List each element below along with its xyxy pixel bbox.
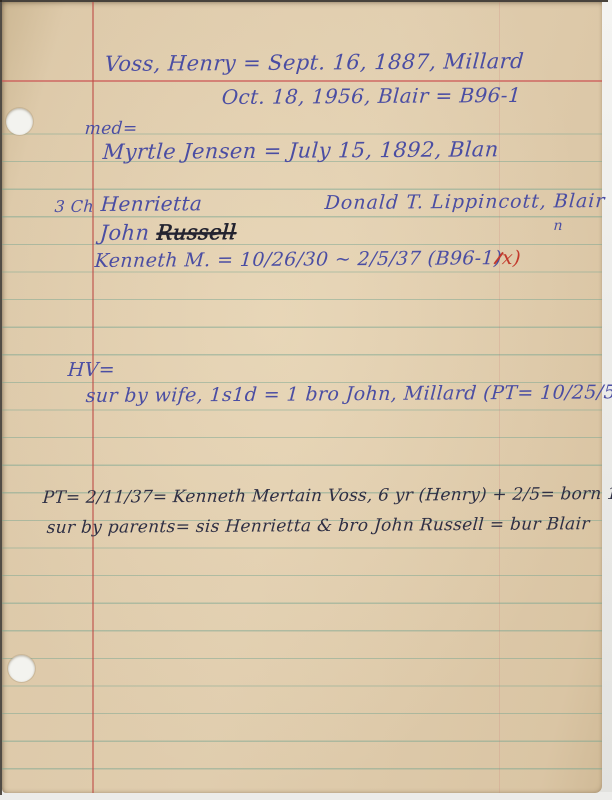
punch-hole-bottom xyxy=(8,655,35,682)
child-kenneth-struck-paren: ) xyxy=(493,247,502,269)
child-kenneth-red-mark: x) xyxy=(501,247,521,269)
scan-edge-left xyxy=(0,0,2,795)
punch-hole-top xyxy=(6,108,33,135)
handwritten-name-line: Voss, Henry = Sept. 16, 1887, Millard xyxy=(104,49,525,76)
handwritten-child-kenneth: Kenneth M. = 10/26/30 ~ 2/5/37 (B96-1)x) xyxy=(94,247,522,272)
handwritten-children-count: 3 Ch xyxy=(54,197,95,216)
handwritten-med-label: med= xyxy=(84,119,138,139)
handwritten-spouse-line: Myrtle Jensen = July 15, 1892, Blan xyxy=(102,137,499,164)
handwritten-pt-note-line1: PT= 2/11/37= Kenneth Mertain Voss, 6 yr … xyxy=(42,483,612,508)
handwritten-child1-spouse: Donald T. Lippincott, Blair xyxy=(324,190,606,214)
handwritten-survivors-line: sur by wife, 1s1d = 1 bro John, Millard … xyxy=(85,381,612,407)
scanner-background-bottom xyxy=(0,792,612,800)
handwritten-hv-label: HV= xyxy=(67,359,116,381)
handwritten-child1-spouse-wrap: n xyxy=(553,218,563,234)
handwritten-death-line: Oct. 18, 1956, Blair = B96-1 xyxy=(221,83,522,109)
handwritten-child-henrietta: Henrietta xyxy=(100,191,203,216)
handwritten-pt-note-line2: sur by parents= sis Henrietta & bro John… xyxy=(46,514,590,538)
handwritten-child-john: John Russell xyxy=(99,220,237,245)
child-john-first: John xyxy=(99,221,157,245)
child-kenneth-main: Kenneth M. = 10/26/30 ~ 2/5/37 (B96-1 xyxy=(94,247,495,272)
scan-edge-top xyxy=(0,0,608,2)
child-john-last-overwritten: Russell xyxy=(156,220,237,245)
